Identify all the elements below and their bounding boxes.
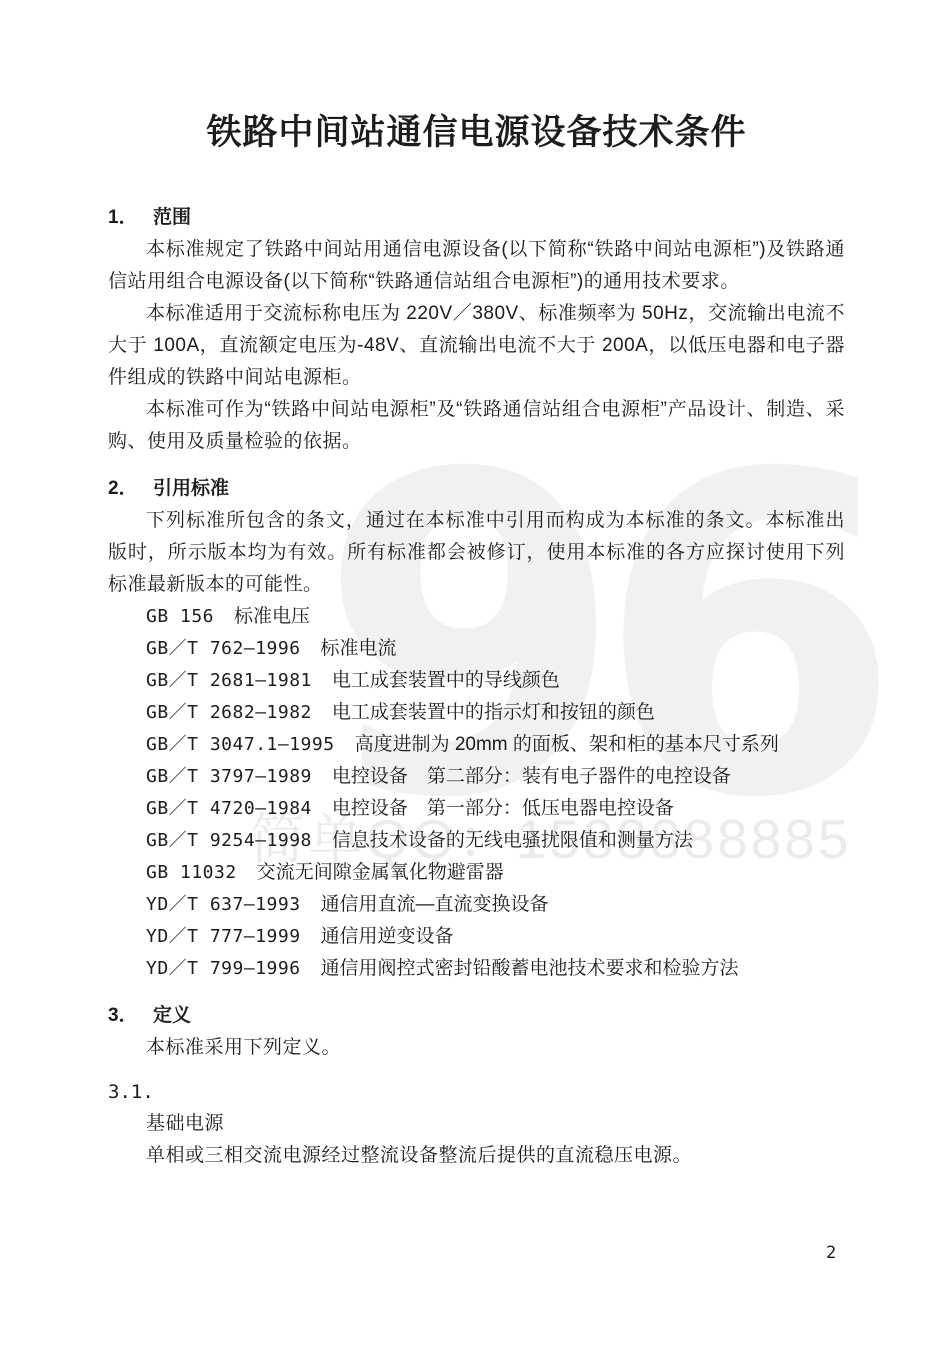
standard-item: GB／T 4720—1984电控设备 第一部分：低压电器电控设备 (146, 793, 845, 825)
definitions-intro-paragraph: 本标准采用下列定义。 (108, 1032, 845, 1064)
standard-code: YD／T 799—1996 (146, 958, 301, 979)
standard-item: GB／T 2681—1981电工成套装置中的导线颜色 (146, 665, 845, 697)
standard-item: GB／T 2682—1982电工成套装置中的指示灯和按钮的颜色 (146, 697, 845, 729)
standard-code: GB／T 762—1996 (146, 638, 301, 659)
document-content: 铁路中间站通信电源设备技术条件 1． 范围 本标准规定了铁路中间站用通信电源设备… (108, 0, 845, 1172)
standard-item: GB／T 3797—1989电控设备 第二部分：装有电子器件的电控设备 (146, 761, 845, 793)
standard-title: 电工成套装置中的导线颜色 (332, 670, 560, 691)
standard-code: GB／T 9254—1998 (146, 830, 312, 851)
term-definition: 单相或三相交流电源经过整流设备整流后提供的直流稳压电源。 (108, 1140, 845, 1172)
standard-item: YD／T 799—1996通信用阀控式密封铅酸蓄电池技术要求和检验方法 (146, 953, 845, 985)
document-title: 铁路中间站通信电源设备技术条件 (108, 110, 845, 156)
page-number: 2 (826, 1243, 836, 1263)
references-intro-paragraph: 下列标准所包含的条文，通过在本标准中引用而构成为本标准的条文。本标准出版时，所示… (108, 505, 845, 601)
standard-code: GB 156 (146, 606, 214, 627)
scope-paragraph-2: 本标准适用于交流标称电压为 220V／380V、标准频率为 50Hz，交流输出电… (108, 298, 845, 394)
standard-title: 信息技术设备的无线电骚扰限值和测量方法 (332, 830, 693, 851)
standard-title: 通信用直流—直流变换设备 (321, 894, 549, 915)
standard-code: YD／T 637—1993 (146, 894, 301, 915)
standard-title: 电控设备 第一部分：低压电器电控设备 (332, 798, 674, 819)
standard-code: GB／T 2682—1982 (146, 702, 312, 723)
standards-list: GB 156标准电压 GB／T 762—1996标准电流 GB／T 2681—1… (108, 601, 845, 985)
section-scope-heading: 1． 范围 (108, 202, 845, 234)
scope-paragraph-3: 本标准可作为“铁路中间站电源柜”及“铁路通信站组合电源柜”产品设计、制造、采购、… (108, 394, 845, 458)
standard-code: GB／T 3047.1—1995 (146, 734, 335, 755)
document-page: 96 简单QQ：1588888885 铁路中间站通信电源设备技术条件 1． 范围… (0, 0, 950, 1345)
standard-title: 标准电压 (234, 606, 310, 627)
standard-title: 交流无间隙金属氧化物避雷器 (257, 862, 504, 883)
standard-title: 通信用阀控式密封铅酸蓄电池技术要求和检验方法 (321, 958, 739, 979)
section-references-heading: 2． 引用标准 (108, 473, 845, 505)
standard-code: GB／T 4720—1984 (146, 798, 312, 819)
section-references-title: 引用标准 (153, 473, 229, 505)
scope-paragraph-1: 本标准规定了铁路中间站用通信电源设备(以下简称“铁路中间站电源柜”)及铁路通信站… (108, 234, 845, 298)
standard-code: GB 11032 (146, 862, 237, 883)
term-name: 基础电源 (108, 1108, 845, 1140)
standard-title: 标准电流 (321, 638, 397, 659)
standard-item: GB 11032交流无间隙金属氧化物避雷器 (146, 857, 845, 889)
standard-item: YD／T 637—1993通信用直流—直流变换设备 (146, 889, 845, 921)
section-references-number: 2． (108, 473, 153, 505)
section-scope-title: 范围 (153, 202, 191, 234)
subsection-3-1-number: 3.1. (108, 1076, 845, 1108)
section-definitions-title: 定义 (153, 1000, 191, 1032)
section-definitions-heading: 3． 定义 (108, 1000, 845, 1032)
standard-code: YD／T 777—1999 (146, 926, 301, 947)
standard-item: GB／T 762—1996标准电流 (146, 633, 845, 665)
standard-item: GB／T 3047.1—1995高度进制为 20mm 的面板、架和柜的基本尺寸系… (146, 729, 845, 761)
standard-code: GB／T 3797—1989 (146, 766, 312, 787)
section-scope-number: 1． (108, 202, 153, 234)
standard-code: GB／T 2681—1981 (146, 670, 312, 691)
standard-title: 高度进制为 20mm 的面板、架和柜的基本尺寸系列 (355, 734, 779, 755)
standard-title: 通信用逆变设备 (321, 926, 454, 947)
section-definitions-number: 3． (108, 1000, 153, 1032)
standard-title: 电工成套装置中的指示灯和按钮的颜色 (332, 702, 655, 723)
standard-title: 电控设备 第二部分：装有电子器件的电控设备 (332, 766, 731, 787)
standard-item: GB 156标准电压 (146, 601, 845, 633)
standard-item: YD／T 777—1999通信用逆变设备 (146, 921, 845, 953)
standard-item: GB／T 9254—1998信息技术设备的无线电骚扰限值和测量方法 (146, 825, 845, 857)
